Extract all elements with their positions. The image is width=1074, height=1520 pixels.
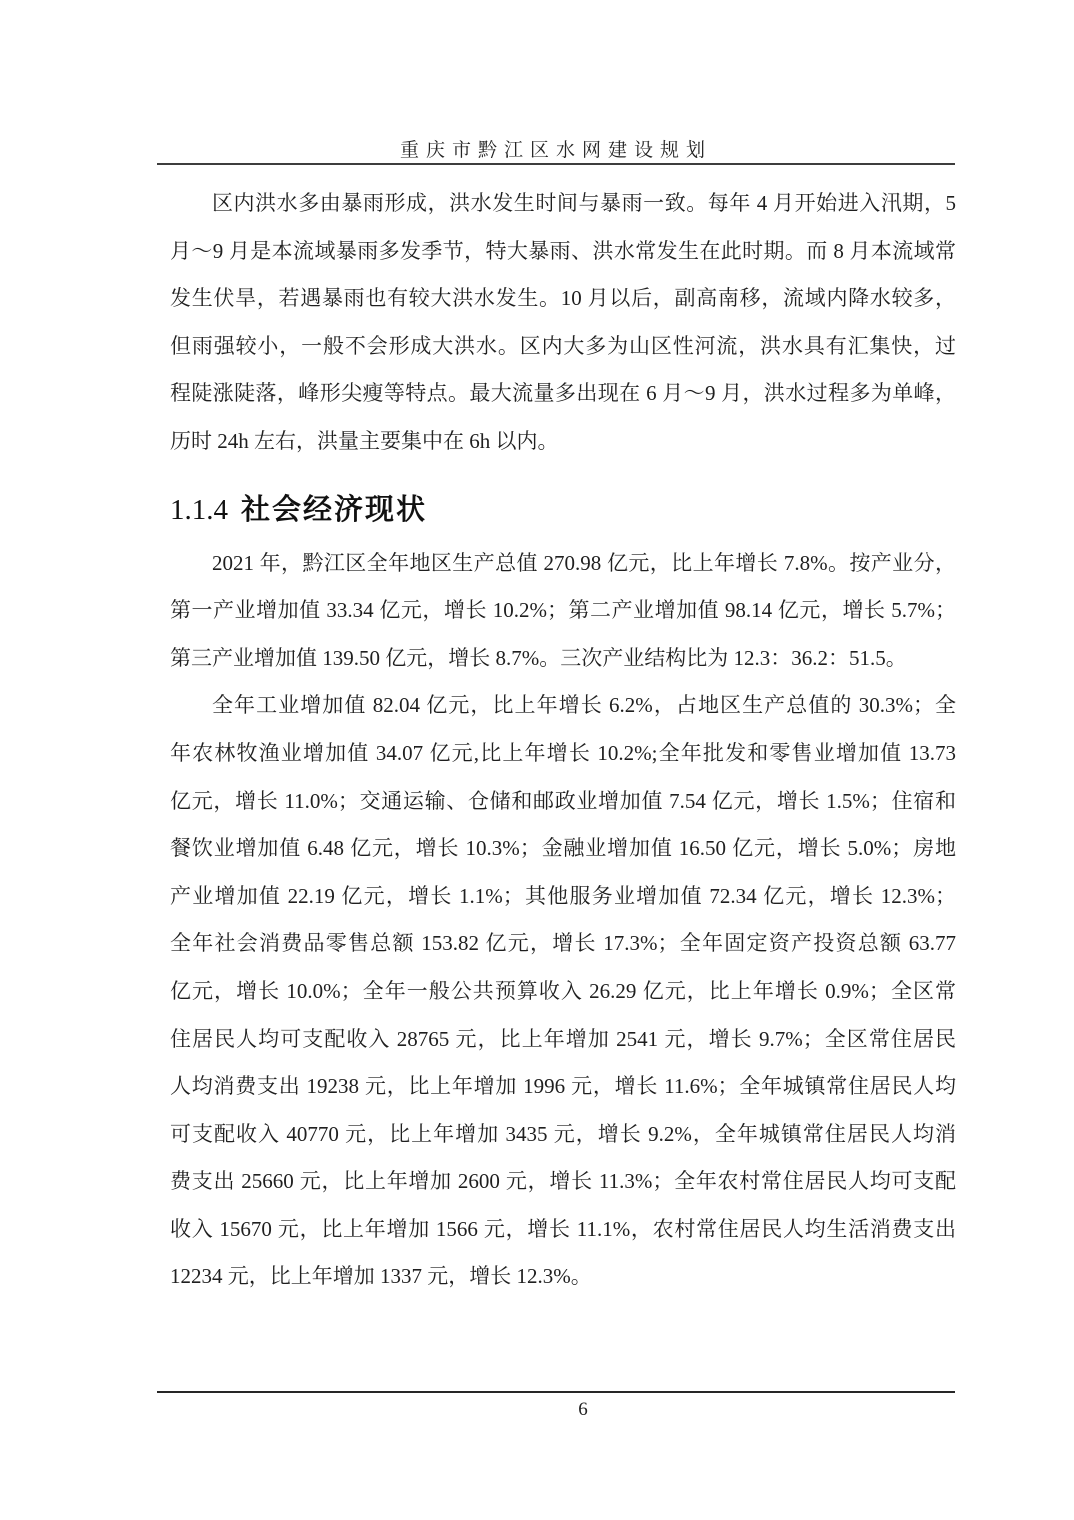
paragraph-gdp-overview: 2021 年，黔江区全年地区生产总值 270.98 亿元，比上年增长 7.8%。… bbox=[170, 540, 956, 683]
text-line: 但雨强较小，一般不会形成大洪水。区内大多为山区性河流，洪水具有汇集快，过 bbox=[170, 323, 956, 371]
text-line: 2021 年，黔江区全年地区生产总值 270.98 亿元，比上年增长 7.8%。… bbox=[170, 540, 956, 588]
text-line: 第一产业增加值 33.34 亿元，增长 10.2%；第二产业增加值 98.14 … bbox=[170, 587, 956, 635]
text-line: 亿元，增长 10.0%；全年一般公共预算收入 26.29 亿元，比上年增长 0.… bbox=[170, 968, 956, 1016]
paragraph-economic-details: 全年工业增加值 82.04 亿元，比上年增长 6.2%，占地区生产总值的 30.… bbox=[170, 682, 956, 1301]
text-line: 第三产业增加值 139.50 亿元，增长 8.7%。三次产业结构比为 12.3：… bbox=[170, 635, 956, 683]
text-line: 区内洪水多由暴雨形成，洪水发生时间与暴雨一致。每年 4 月开始进入汛期，5 bbox=[170, 180, 956, 228]
text-line: 亿元，增长 11.0%；交通运输、仓储和邮政业增加值 7.54 亿元，增长 1.… bbox=[170, 778, 956, 826]
paragraph-flood-characteristics: 区内洪水多由暴雨形成，洪水发生时间与暴雨一致。每年 4 月开始进入汛期，5月～9… bbox=[170, 180, 956, 466]
text-line: 住居民人均可支配收入 28765 元，比上年增加 2541 元，增长 9.7%；… bbox=[170, 1016, 956, 1064]
header-rule bbox=[157, 163, 955, 165]
text-line: 费支出 25660 元，比上年增加 2600 元，增长 11.3%；全年农村常住… bbox=[170, 1158, 956, 1206]
text-line: 年农林牧渔业增加值 34.07 亿元,比上年增长 10.2%;全年批发和零售业增… bbox=[170, 730, 956, 778]
section-title: 社会经济现状 bbox=[241, 494, 427, 526]
text-line: 发生伏旱，若遇暴雨也有较大洪水发生。10 月以后，副高南移，流域内降水较多， bbox=[170, 275, 956, 323]
text-line: 12234 元，比上年增加 1337 元，增长 12.3%。 bbox=[170, 1253, 956, 1301]
text-line: 历时 24h 左右，洪量主要集中在 6h 以内。 bbox=[170, 418, 956, 466]
page-content: 区内洪水多由暴雨形成，洪水发生时间与暴雨一致。每年 4 月开始进入汛期，5月～9… bbox=[170, 180, 956, 1301]
section-number: 1.1.4 bbox=[170, 494, 228, 526]
footer-rule bbox=[157, 1391, 955, 1393]
text-line: 可支配收入 40770 元，比上年增加 3435 元，增长 9.2%，全年城镇常… bbox=[170, 1111, 956, 1159]
page-number: 6 bbox=[184, 1399, 982, 1421]
text-line: 收入 15670 元，比上年增加 1566 元，增长 11.1%，农村常住居民人… bbox=[170, 1206, 956, 1254]
text-line: 餐饮业增加值 6.48 亿元，增长 10.3%；金融业增加值 16.50 亿元，… bbox=[170, 825, 956, 873]
document-page: 重庆市黔江区水网建设规划 区内洪水多由暴雨形成，洪水发生时间与暴雨一致。每年 4… bbox=[0, 0, 1074, 1520]
text-line: 人均消费支出 19238 元，比上年增加 1996 元，增长 11.6%；全年城… bbox=[170, 1063, 956, 1111]
text-line: 产业增加值 22.19 亿元，增长 1.1%；其他服务业增加值 72.34 亿元… bbox=[170, 873, 956, 921]
text-line: 全年社会消费品零售总额 153.82 亿元，增长 17.3%；全年固定资产投资总… bbox=[170, 920, 956, 968]
text-line: 全年工业增加值 82.04 亿元，比上年增长 6.2%，占地区生产总值的 30.… bbox=[170, 682, 956, 730]
text-line: 程陡涨陡落，峰形尖瘦等特点。最大流量多出现在 6 月～9 月，洪水过程多为单峰， bbox=[170, 370, 956, 418]
header-title: 重庆市黔江区水网建设规划 bbox=[157, 135, 955, 162]
text-line: 月～9 月是本流域暴雨多发季节，特大暴雨、洪水常发生在此时期。而 8 月本流域常 bbox=[170, 228, 956, 276]
section-heading: 1.1.4社会经济现状 bbox=[170, 490, 956, 530]
